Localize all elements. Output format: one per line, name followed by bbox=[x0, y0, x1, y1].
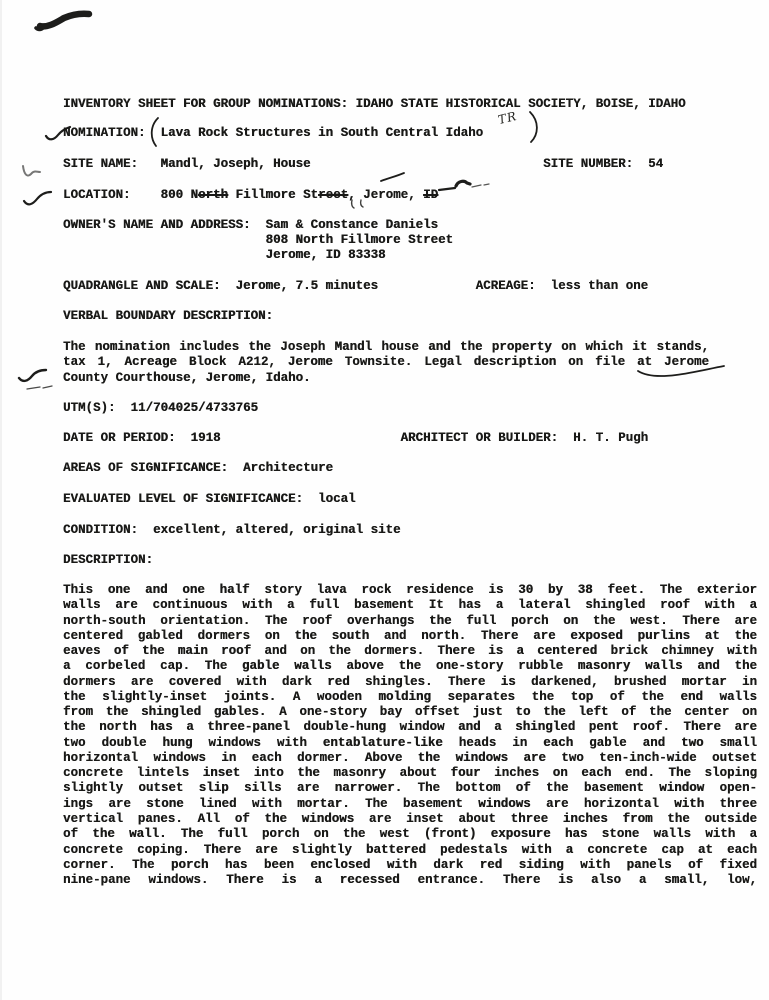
evaluated-line: EVALUATED LEVEL OF SIGNIFICANCE: local bbox=[63, 492, 356, 507]
squiggle-after-id bbox=[456, 181, 470, 186]
paragraph-line: from the shingled gables. A one-story ba… bbox=[63, 705, 757, 720]
header-line: INVENTORY SHEET FOR GROUP NOMINATIONS: I… bbox=[63, 97, 686, 112]
ink-scribble-mark bbox=[40, 14, 89, 27]
utm-line: UTM(S): 11/704025/4733765 bbox=[63, 401, 258, 416]
pencil-dashes-boundary bbox=[27, 386, 52, 389]
typed-text: 808 North Fillmore Street bbox=[63, 233, 453, 247]
paragraph-line: of the wall. The full porch on the west … bbox=[63, 827, 757, 842]
owner-line-1: OWNER'S NAME AND ADDRESS: Sam & Constanc… bbox=[63, 218, 438, 233]
strikethrough-text: reet bbox=[318, 188, 348, 202]
paragraph-line: horizontal windows in each dormer. Above… bbox=[63, 751, 757, 766]
paragraph-line: walls are continuous with a full basemen… bbox=[63, 598, 757, 613]
slash-above-jerome bbox=[381, 173, 404, 181]
paragraph-line: tax 1, Acreage Block A212, Jerome Townsi… bbox=[63, 355, 709, 370]
scanned-document-page: TR INVENTORY SHEET FOR GROUP NOMINATIONS… bbox=[0, 0, 769, 1000]
typed-text: INVENTORY SHEET FOR GROUP NOMINATIONS: I… bbox=[63, 97, 686, 111]
typed-text: QUADRANGLE AND SCALE: Jerome, 7.5 minute… bbox=[63, 279, 648, 293]
ink-scribble-mark-tail bbox=[36, 28, 43, 30]
nomination-line: NOMINATION: Lava Rock Structures in Sout… bbox=[63, 126, 483, 141]
typed-text: SITE NAME: Mandl, Joseph, House SITE NUM… bbox=[63, 157, 663, 171]
condition-line: CONDITION: excellent, altered, original … bbox=[63, 523, 401, 538]
typed-text: OWNER'S NAME AND ADDRESS: Sam & Constanc… bbox=[63, 218, 438, 232]
paragraph-line: north-south orientation. The roof overha… bbox=[63, 614, 757, 629]
paragraph-line: slightly outset slip sills are narrower.… bbox=[63, 781, 757, 796]
site-name-line: SITE NAME: Mandl, Joseph, House SITE NUM… bbox=[63, 157, 663, 172]
checkmark-boundary bbox=[19, 370, 46, 381]
strikethrough-text: orth bbox=[198, 188, 228, 202]
paragraph-line: corner. The porch has been enclosed with… bbox=[63, 858, 757, 873]
strikethrough-text: ID bbox=[423, 188, 438, 202]
paragraph-line: two double hung windows with entablature… bbox=[63, 736, 757, 751]
paragraph-line: a corbeled cap. The gable walls above th… bbox=[63, 659, 757, 674]
faint-dashes-after-id bbox=[472, 184, 489, 187]
quadrangle-acreage-line: QUADRANGLE AND SCALE: Jerome, 7.5 minute… bbox=[63, 279, 648, 294]
typed-text: LOCATION: 800 N bbox=[63, 188, 198, 202]
typed-text: , Jerome, bbox=[348, 188, 423, 202]
date-architect-line: DATE OR PERIOD: 1918 ARCHITECT OR BUILDE… bbox=[63, 431, 648, 446]
typed-text: NOMINATION: Lava Rock Structures in Sout… bbox=[63, 126, 483, 140]
paragraph-line: The nomination includes the Joseph Mandl… bbox=[63, 340, 709, 355]
paragraph-line: nine-pane windows. There is a recessed e… bbox=[63, 873, 757, 888]
paragraph-line: ings are stone lined with mortar. The ba… bbox=[63, 797, 757, 812]
paragraph-line: concrete coping. There are slightly batt… bbox=[63, 843, 757, 858]
typed-text: DESCRIPTION: bbox=[63, 553, 153, 567]
typed-text: AREAS OF SIGNIFICANCE: Architecture bbox=[63, 461, 333, 475]
paragraph-line: County Courthouse, Jerome, Idaho. bbox=[63, 371, 709, 386]
owner-line-2: 808 North Fillmore Street bbox=[63, 233, 453, 248]
typed-text: EVALUATED LEVEL OF SIGNIFICANCE: local bbox=[63, 492, 356, 506]
verbal-boundary-heading: VERBAL BOUNDARY DESCRIPTION: bbox=[63, 309, 273, 324]
description-paragraph: This one and one half story lava rock re… bbox=[63, 583, 757, 888]
paragraph-line: eaves of the main roof and on the dormer… bbox=[63, 644, 757, 659]
paragraph-line: the slightly-inset joints. A wooden mold… bbox=[63, 690, 757, 705]
location-line: LOCATION: 800 North Fillmore Street, Jer… bbox=[63, 188, 438, 203]
checkmark-site-name bbox=[23, 166, 40, 176]
paragraph-line: This one and one half story lava rock re… bbox=[63, 583, 757, 598]
paragraph-line: the north has a three-panel double-hung … bbox=[63, 720, 757, 735]
owner-line-3: Jerome, ID 83338 bbox=[63, 248, 386, 263]
scan-edge-artifact bbox=[0, 0, 2, 1000]
checkmark-location bbox=[24, 192, 51, 204]
areas-line: AREAS OF SIGNIFICANCE: Architecture bbox=[63, 461, 333, 476]
typed-text: DATE OR PERIOD: 1918 ARCHITECT OR BUILDE… bbox=[63, 431, 648, 445]
typed-text: CONDITION: excellent, altered, original … bbox=[63, 523, 401, 537]
paragraph-line: vertical panes. All of the windows are i… bbox=[63, 812, 757, 827]
paragraph-line: centered gabled dormers on the south and… bbox=[63, 629, 757, 644]
paragraph-line: concrete lintels inset into the masonry … bbox=[63, 766, 757, 781]
paragraph-line: dormers are covered with dark red shingl… bbox=[63, 675, 757, 690]
description-heading: DESCRIPTION: bbox=[63, 553, 153, 568]
boundary-paragraph: The nomination includes the Joseph Mandl… bbox=[63, 340, 709, 386]
dash-after-id bbox=[439, 188, 455, 190]
typed-text: Fillmore St bbox=[228, 188, 318, 202]
typed-text: Jerome, ID 83338 bbox=[63, 248, 386, 262]
typed-text: UTM(S): 11/704025/4733765 bbox=[63, 401, 258, 415]
handwritten-paren-close bbox=[530, 112, 537, 142]
typed-text: VERBAL BOUNDARY DESCRIPTION: bbox=[63, 309, 273, 323]
